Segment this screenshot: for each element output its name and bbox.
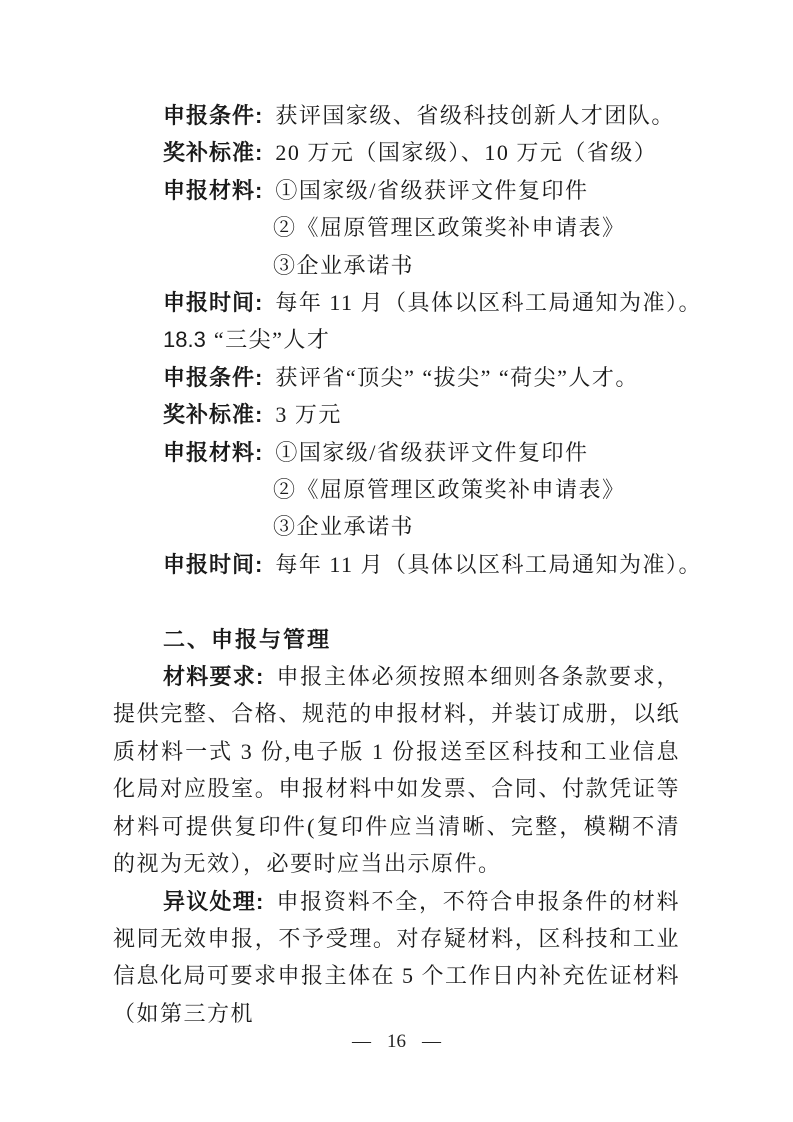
- field-value: 3 万元: [275, 402, 342, 427]
- field-value: 20 万元（国家级）、10 万元（省级）: [275, 140, 657, 165]
- field-line-time: 申报时间:每年 11 月（具体以区科工局通知为准）。: [113, 546, 680, 583]
- field-value: 每年 11 月（具体以区科工局通知为准）。: [275, 552, 702, 577]
- material-item-line: ③企业承诺书: [113, 508, 680, 545]
- field-value: 每年 11 月（具体以区科工局通知为准）。: [275, 290, 702, 315]
- field-value: ①国家级/省级获评文件复印件: [275, 440, 588, 465]
- field-label: 申报时间:: [163, 290, 263, 315]
- subsection-heading: 18.3“三尖”人才: [113, 321, 680, 358]
- field-line-reward-standard: 奖补标准:20 万元（国家级）、10 万元（省级）: [113, 134, 680, 171]
- section-heading: 二、申报与管理: [113, 621, 680, 658]
- field-value: 获评省“顶尖” “拔尖” “荷尖”人才。: [275, 365, 639, 390]
- material-item-line: ②《屈原管理区政策奖补申请表》: [113, 209, 680, 246]
- document-page: 申报条件:获评国家级、省级科技创新人才团队。 奖补标准:20 万元（国家级）、1…: [0, 0, 793, 1122]
- paragraph-objection-handling: 异议处理:申报资料不全，不符合申报条件的材料视同无效申报，不予受理。对存疑材料，…: [113, 883, 680, 1033]
- page-footer: —16—: [0, 1028, 793, 1056]
- footer-dash-left: —: [352, 1031, 371, 1052]
- field-line-time: 申报时间:每年 11 月（具体以区科工局通知为准）。: [113, 284, 680, 321]
- field-label: 申报时间:: [163, 552, 263, 577]
- paragraph-text: 申报主体必须按照本细则各条款要求，提供完整、合格、规范的申报材料，并装订成册，以…: [113, 664, 680, 876]
- page-number: 16: [387, 1031, 406, 1052]
- field-label: 奖补标准:: [163, 140, 263, 165]
- field-label: 奖补标准:: [163, 402, 263, 427]
- material-item-line: ②《屈原管理区政策奖补申请表》: [113, 471, 680, 508]
- paragraph-label: 异议处理:: [163, 889, 264, 914]
- field-line-reward-standard: 奖补标准:3 万元: [113, 396, 680, 433]
- field-label: 申报材料:: [163, 178, 263, 203]
- field-value: 获评国家级、省级科技创新人才团队。: [275, 103, 675, 128]
- paragraph-material-requirements: 材料要求:申报主体必须按照本细则各条款要求，提供完整、合格、规范的申报材料，并装…: [113, 658, 680, 882]
- paragraph-label: 材料要求:: [163, 664, 264, 689]
- field-line-materials: 申报材料:①国家级/省级获评文件复印件: [113, 434, 680, 471]
- field-value: ①国家级/省级获评文件复印件: [275, 178, 588, 203]
- subsection-title: “三尖”人才: [214, 327, 331, 352]
- material-item-line: ③企业承诺书: [113, 247, 680, 284]
- document-content: 申报条件:获评国家级、省级科技创新人才团队。 奖补标准:20 万元（国家级）、1…: [113, 97, 680, 1032]
- footer-dash-right: —: [422, 1031, 441, 1052]
- field-label: 申报条件:: [163, 103, 263, 128]
- field-label: 申报条件:: [163, 365, 263, 390]
- field-line-conditions: 申报条件:获评国家级、省级科技创新人才团队。: [113, 97, 680, 134]
- subsection-number: 18.3: [163, 327, 206, 352]
- field-label: 申报材料:: [163, 440, 263, 465]
- field-line-materials: 申报材料:①国家级/省级获评文件复印件: [113, 172, 680, 209]
- field-line-conditions: 申报条件:获评省“顶尖” “拔尖” “荷尖”人才。: [113, 359, 680, 396]
